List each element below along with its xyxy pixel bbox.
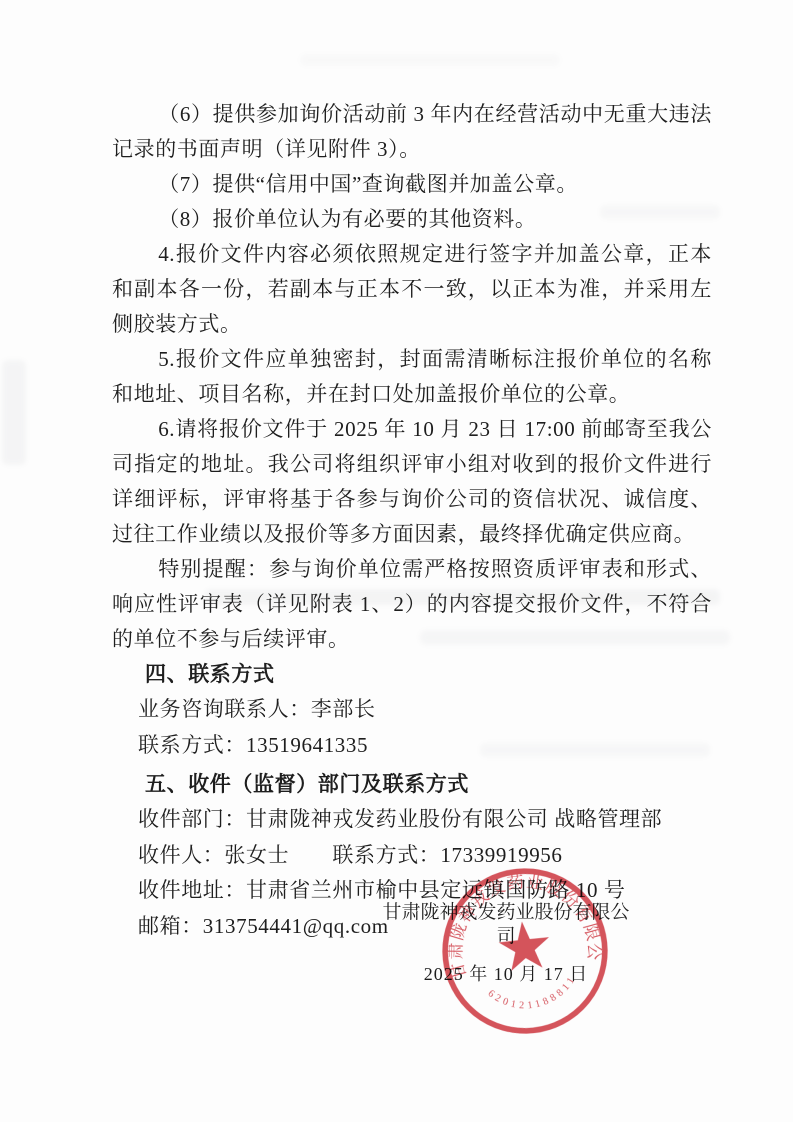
section-heading-contact: 四、联系方式 xyxy=(112,657,712,692)
body-paragraph-special-reminder: 特别提醒：参与询价单位需严格按照资质评审表和形式、响应性评审表（详见附表 1、2… xyxy=(112,552,712,657)
body-paragraph-6: （6）提供参加询价活动前 3 年内在经营活动中无重大违法记录的书面声明（详见附件… xyxy=(112,97,712,167)
body-paragraph-item4: 4.报价文件内容必须依照规定进行签字并加盖公章，正本和副本各一份，若副本与正本不… xyxy=(112,237,712,342)
section-heading-receiver: 五、收件（监督）部门及联系方式 xyxy=(112,767,712,802)
body-paragraph-7: （7）提供“信用中国”查询截图并加盖公章。 xyxy=(112,167,712,202)
receiver-department-line: 收件部门：甘肃陇神戎发药业股份有限公司 战略管理部 xyxy=(112,802,712,838)
contact-person-line: 业务咨询联系人：李部长 xyxy=(112,692,712,728)
scanned-document-page: （6）提供参加询价活动前 3 年内在经营活动中无重大违法记录的书面声明（详见附件… xyxy=(0,0,793,1122)
body-paragraph-8: （8）报价单位认为有必要的其他资料。 xyxy=(112,202,712,237)
red-company-seal: 甘肃陇神戎发药业股份有限公司 6201211888116 xyxy=(429,855,620,1046)
receiver-person-line: 收件人：张女士 联系方式：17339919956 xyxy=(112,838,712,874)
body-paragraph-item6: 6.请将报价文件于 2025 年 10 月 23 日 17:00 前邮寄至我公司… xyxy=(112,412,712,552)
document-body: （6）提供参加询价活动前 3 年内在经营活动中无重大违法记录的书面声明（详见附件… xyxy=(112,97,712,944)
bleedthrough-smudge xyxy=(2,360,26,465)
star-icon xyxy=(497,919,552,972)
contact-phone-line: 联系方式：13519641335 xyxy=(112,728,712,764)
bleedthrough-smudge xyxy=(300,54,560,66)
body-paragraph-item5: 5.报价文件应单独密封，封面需清晰标注报价单位的名称和地址、项目名称，并在封口处… xyxy=(112,342,712,412)
